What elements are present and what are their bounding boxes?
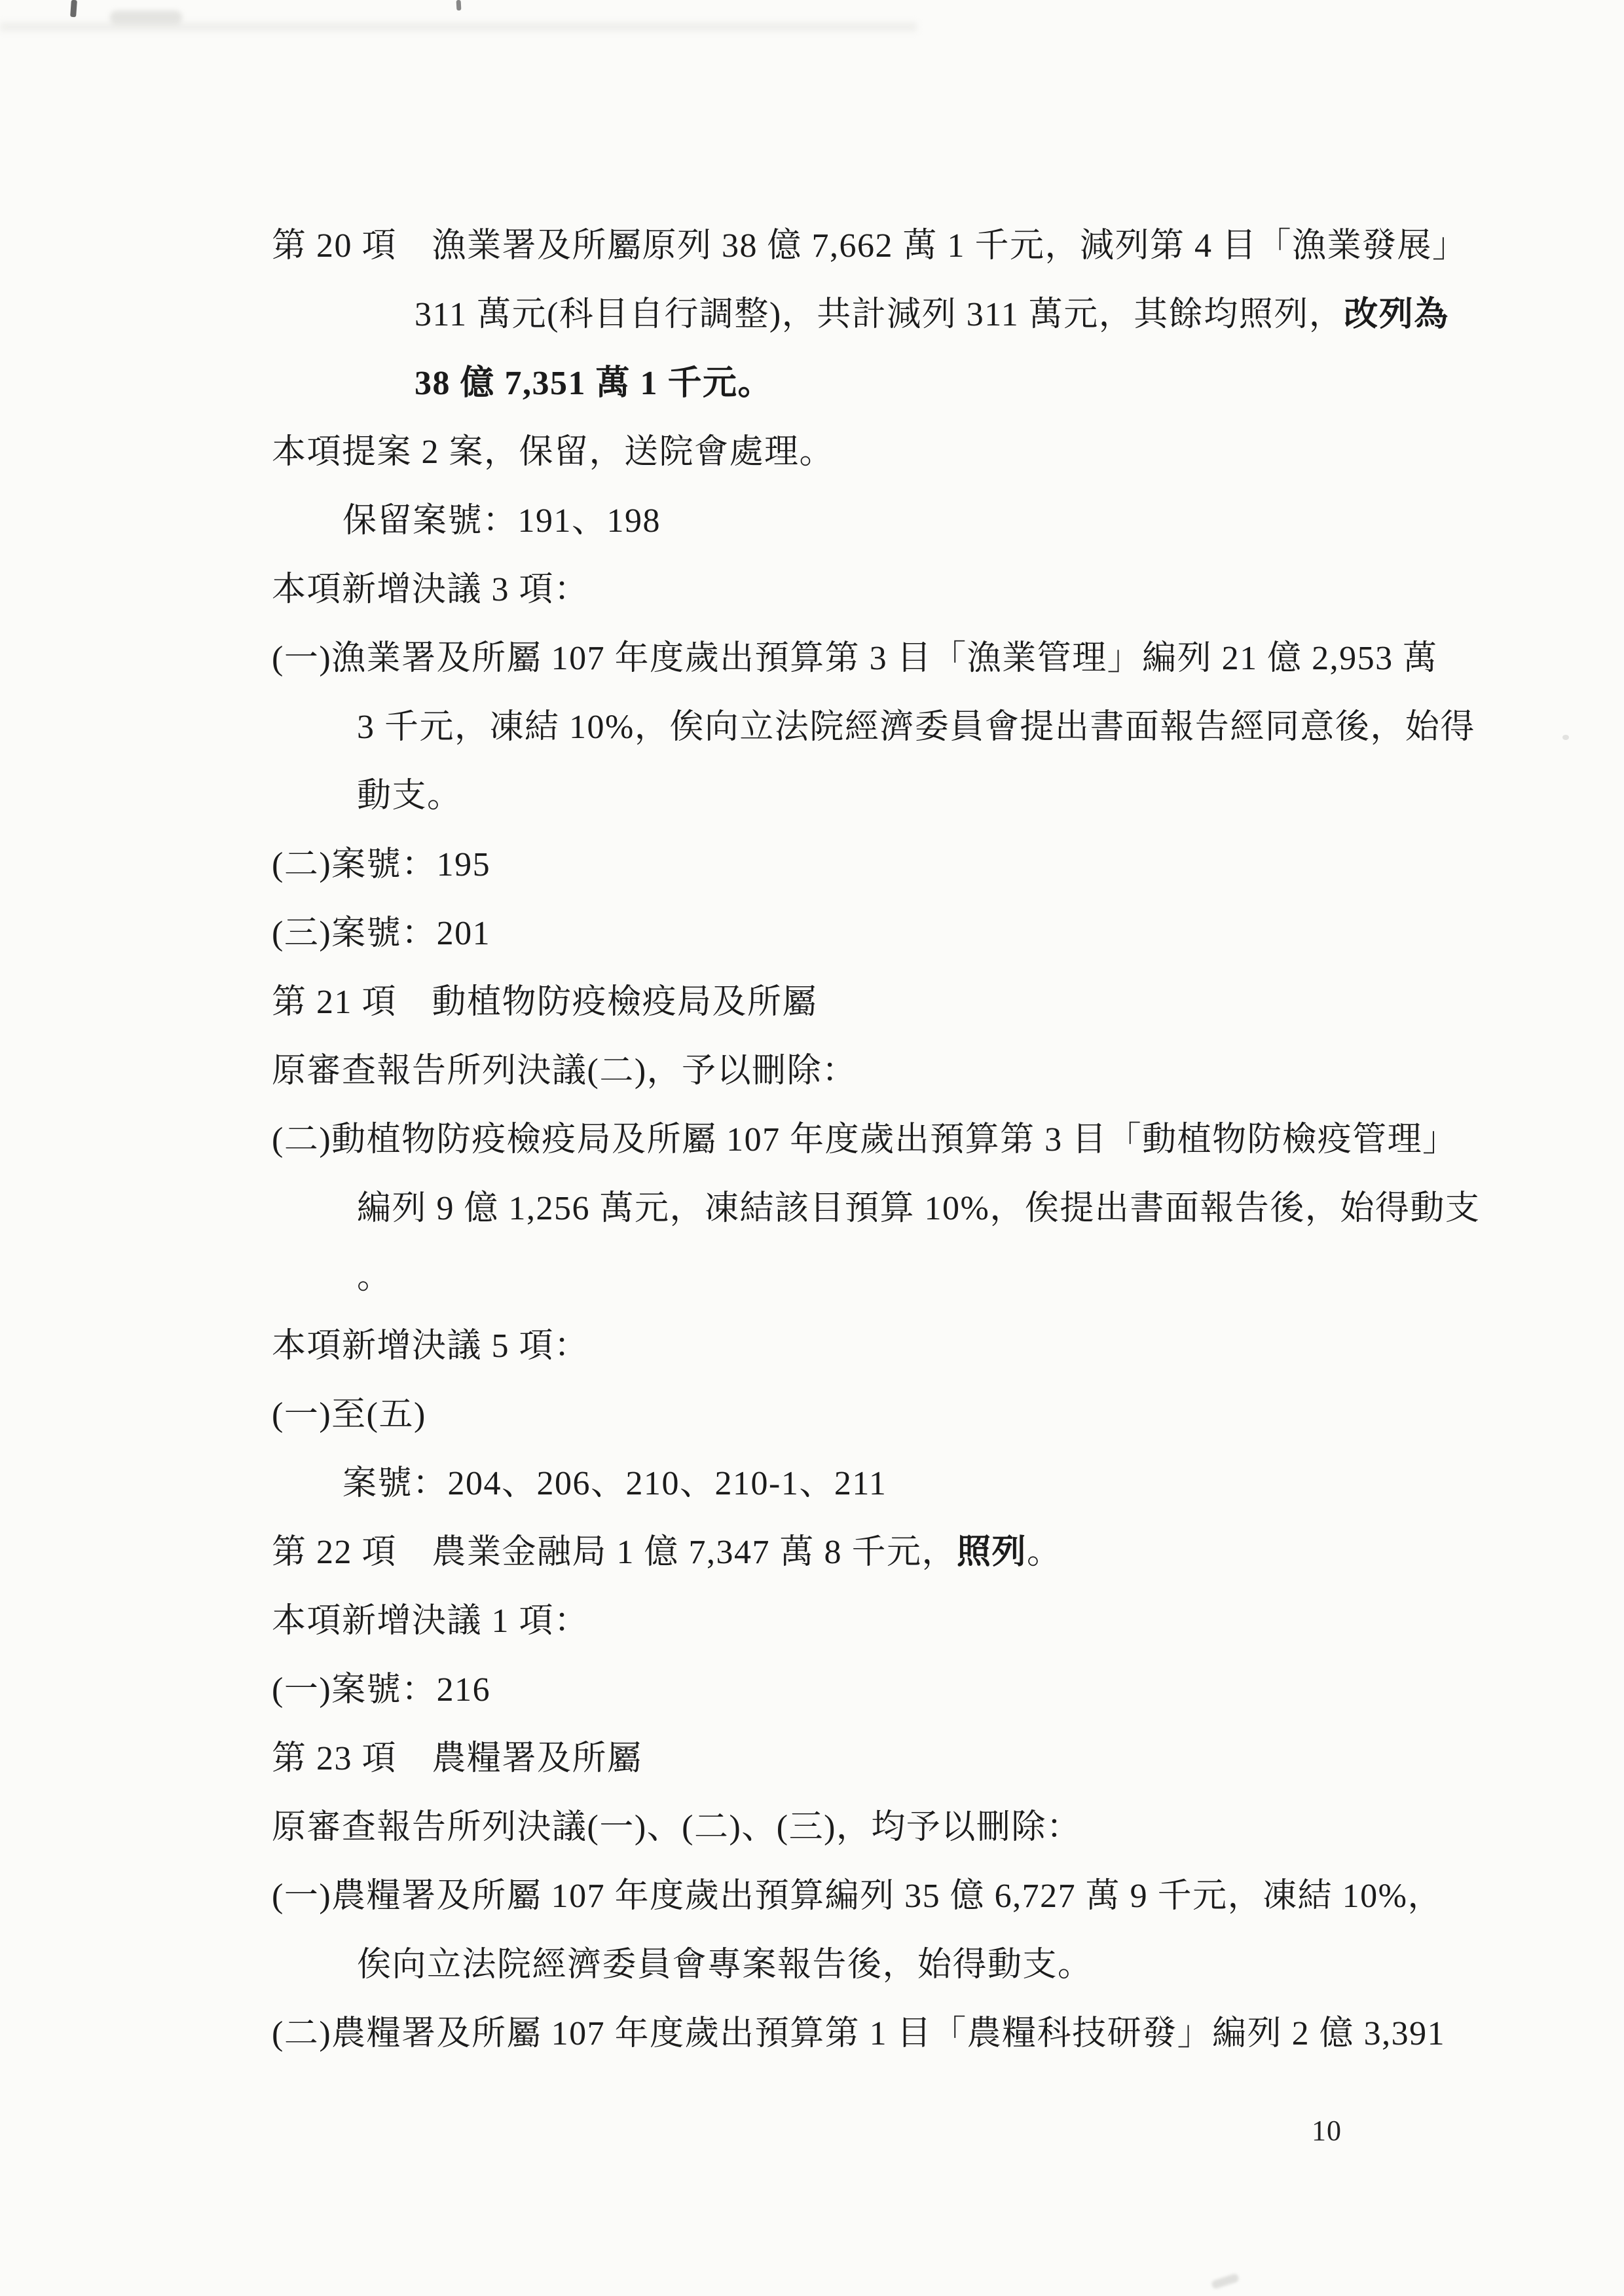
- page-number: 10: [1312, 2114, 1342, 2147]
- scan-artifact: [1562, 735, 1569, 740]
- text-line: (一)至(五): [272, 1380, 1536, 1449]
- text-segment-bold: 照列: [957, 1534, 1027, 1571]
- text-segment: 案號：204、206、210、210-1、211: [342, 1465, 887, 1502]
- text-segment: 第 21 項 動植物防疫檢疫局及所屬: [272, 984, 817, 1021]
- text-line: (一)農糧署及所屬 107 年度歲出預算編列 35 億 6,727 萬 9 千元…: [272, 1862, 1536, 1931]
- text-segment: 。: [357, 1259, 392, 1296]
- text-segment: (一)農糧署及所屬 107 年度歲出預算編列 35 億 6,727 萬 9 千元…: [272, 1878, 1443, 1915]
- text-line: 案號：204、206、210、210-1、211: [342, 1449, 1536, 1518]
- text-line: 3 千元，凍結 10%，俟向立法院經濟委員會提出書面報告經同意後，始得: [357, 693, 1536, 762]
- text-segment: (一)至(五): [272, 1396, 426, 1434]
- text-line: 本項新增決議 3 項：: [272, 555, 1536, 624]
- text-line: 311 萬元(科目自行調整)，共計減列 311 萬元，其餘均照列，改列為: [415, 280, 1536, 349]
- text-segment: 原審查報告所列決議(一)、(二)、(三)，均予以刪除：: [272, 1809, 1081, 1846]
- text-line: 第 20 項 漁業署及所屬原列 38 億 7,662 萬 1 千元，減列第 4 …: [272, 212, 1536, 280]
- text-segment: 本項新增決議 5 項：: [272, 1327, 589, 1365]
- text-line: 第 22 項 農業金融局 1 億 7,347 萬 8 千元，照列。: [272, 1518, 1536, 1587]
- text-segment: 第 22 項 農業金融局 1 億 7,347 萬 8 千元，: [272, 1534, 957, 1571]
- text-segment: 第 23 項 農糧署及所屬: [272, 1740, 642, 1777]
- text-line: 第 23 項 農糧署及所屬: [272, 1724, 1536, 1793]
- scan-artifact: [456, 0, 462, 10]
- text-line: (三)案號：201: [272, 899, 1536, 968]
- text-segment: 3 千元，凍結 10%，俟向立法院經濟委員會提出書面報告經同意後，始得: [357, 709, 1475, 746]
- text-segment-bold: 改列為: [1344, 296, 1449, 333]
- text-line: 38 億 7,351 萬 1 千元。: [415, 349, 1536, 418]
- text-segment: 編列 9 億 1,256 萬元，凍結該目預算 10%，俟提出書面報告後，始得動支: [357, 1190, 1480, 1227]
- text-segment: 動支。: [357, 777, 462, 815]
- text-line: 第 21 項 動植物防疫檢疫局及所屬: [272, 968, 1536, 1037]
- scanned-document-page: 第 20 項 漁業署及所屬原列 38 億 7,662 萬 1 千元，減列第 4 …: [0, 0, 1624, 2296]
- text-segment: 。: [1027, 1534, 1062, 1571]
- text-segment: (一)案號：216: [272, 1671, 490, 1709]
- text-line: (一)案號：216: [272, 1656, 1536, 1724]
- text-line: 。: [357, 1243, 1536, 1312]
- text-line: 原審查報告所列決議(一)、(二)、(三)，均予以刪除：: [272, 1793, 1536, 1862]
- text-line: 本項新增決議 5 項：: [272, 1312, 1536, 1380]
- text-segment: (二)案號：195: [272, 846, 490, 883]
- text-line: 本項新增決議 1 項：: [272, 1587, 1536, 1656]
- text-segment: 保留案號：191、198: [342, 502, 661, 540]
- text-segment: (三)案號：201: [272, 915, 490, 952]
- text-segment: (一)漁業署及所屬 107 年度歲出預算第 3 目「漁業管理」編列 21 億 2…: [272, 640, 1438, 677]
- text-line: (二)農糧署及所屬 107 年度歲出預算第 1 目「農糧科技研發」編列 2 億 …: [272, 1999, 1536, 2068]
- text-line: 俟向立法院經濟委員會專案報告後，始得動支。: [357, 1931, 1536, 1999]
- text-segment: 本項新增決議 3 項：: [272, 571, 589, 608]
- scan-artifact: [1211, 2273, 1240, 2289]
- text-line: 編列 9 億 1,256 萬元，凍結該目預算 10%，俟提出書面報告後，始得動支: [357, 1174, 1536, 1243]
- text-segment-bold: 38 億 7,351 萬 1 千元。: [415, 365, 773, 402]
- text-line: 原審查報告所列決議(二)，予以刪除：: [272, 1037, 1536, 1105]
- text-line: 本項提案 2 案，保留，送院會處理。: [272, 418, 1536, 487]
- text-segment: (二)動植物防疫檢疫局及所屬 107 年度歲出預算第 3 目「動植物防檢疫管理」: [272, 1121, 1458, 1158]
- scan-artifact: [70, 0, 77, 17]
- text-segment: 俟向立法院經濟委員會專案報告後，始得動支。: [357, 1946, 1093, 1984]
- text-line: 保留案號：191、198: [342, 487, 1536, 555]
- text-line: (二)案號：195: [272, 830, 1536, 899]
- text-segment: 311 萬元(科目自行調整)，共計減列 311 萬元，其餘均照列，: [415, 296, 1344, 333]
- text-segment: 第 20 項 漁業署及所屬原列 38 億 7,662 萬 1 千元，減列第 4 …: [272, 227, 1467, 265]
- scan-artifact: [0, 22, 917, 31]
- document-body: 第 20 項 漁業署及所屬原列 38 億 7,662 萬 1 千元，減列第 4 …: [272, 212, 1536, 2068]
- text-segment: (二)農糧署及所屬 107 年度歲出預算第 1 目「農糧科技研發」編列 2 億 …: [272, 2015, 1445, 2052]
- text-segment: 本項提案 2 案，保留，送院會處理。: [272, 434, 834, 471]
- text-segment: 本項新增決議 1 項：: [272, 1602, 589, 1640]
- text-segment: 原審查報告所列決議(二)，予以刪除：: [272, 1052, 857, 1090]
- text-line: (一)漁業署及所屬 107 年度歲出預算第 3 目「漁業管理」編列 21 億 2…: [272, 624, 1536, 693]
- text-line: (二)動植物防疫檢疫局及所屬 107 年度歲出預算第 3 目「動植物防檢疫管理」: [272, 1105, 1536, 1174]
- text-line: 動支。: [357, 762, 1536, 830]
